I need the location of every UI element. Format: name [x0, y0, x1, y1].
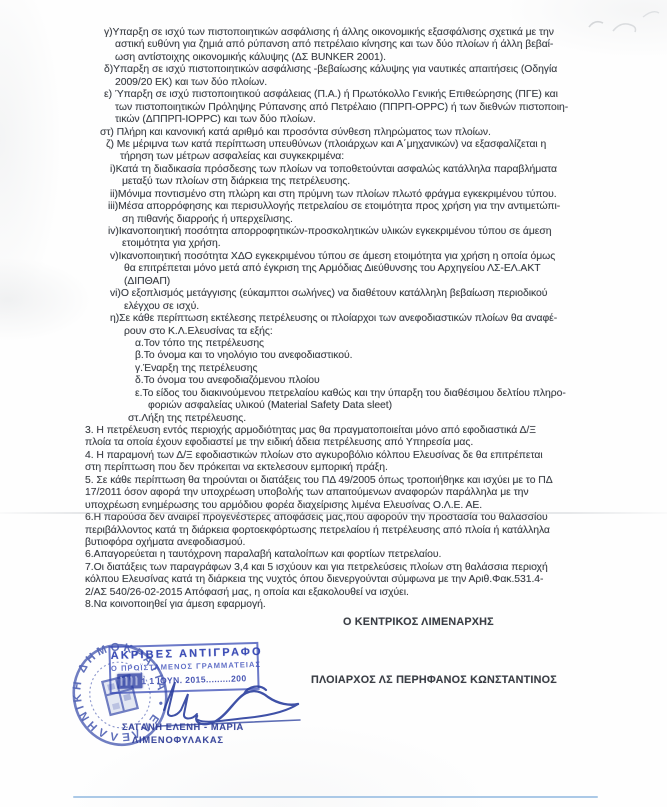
- document-line: 6.Απαγορεύεται η ταυτόχρονη παραλαβή κατ…: [85, 549, 620, 561]
- document-line: γ)Υπαρξη σε ισχύ των πιστοποιητικών ασφά…: [85, 27, 620, 39]
- document-line: α.Τον τόπο της πετρέλευσης: [85, 338, 620, 350]
- document-line: β.Το όνομα και το νηολόγιο του ανεφοδιασ…: [85, 350, 620, 362]
- document-line: 3. Η πετρέλευση εντός περιοχής αρμοδιότη…: [85, 425, 620, 437]
- document-line: ε) Ύπαρξη σε ισχύ πιστοποιητικού ασφάλει…: [85, 89, 620, 101]
- next-page-edge: [73, 796, 598, 798]
- document-line: των πιστοποιητικών Πρόληψης Ρύπανσης από…: [85, 102, 620, 114]
- document-line: δ)Υπαρξη σε ισχύ πιστοποιητικών ασφάλιση…: [85, 64, 620, 76]
- document-line: στη περίπτωση που δεν πρόκειται να εκτελ…: [85, 462, 620, 474]
- document-line: 6.Η παρούσα δεν αναιρεί προγενέστερες απ…: [85, 512, 620, 524]
- certifier-name: ΣΑΓΑΝΗ ΕΛΕΝΗ - ΜΑΡΙΑ: [122, 722, 244, 732]
- certifier-rank: ΛΙΜΕΝΟΦΥΛΑΚΑΣ: [132, 735, 224, 745]
- document-line: υποχρέωση ενημέρωσης του αρμόδιου φορέα …: [85, 500, 620, 512]
- document-line: ii)Μόνιμα ποντισμένο στη πλώρη και στη π…: [85, 189, 620, 201]
- document-line: 2/ΑΣ 540/26-02-2015 Απόφασή μας, η οποία…: [85, 587, 620, 599]
- document-line: τήρηση των μέτρων ασφαλείας και συγκεκρι…: [85, 151, 620, 163]
- document-line: iii)Μέσα απορρόφησης και περισυλλογής πε…: [85, 201, 620, 213]
- document-line: 8.Να κοινοποιηθεί για άμεση εφαρμογή.: [85, 599, 620, 611]
- document-line: vi)Ο εξοπλισμός μετάγγισης (εύκαμπτοι σω…: [85, 288, 620, 300]
- document-line: 7.Οι διατάξεις των παραγράφων 3,4 και 5 …: [85, 562, 620, 574]
- document-line: πλοία τα οποία έχουν εφοδιαστεί με την ε…: [85, 437, 620, 449]
- document-line: κόλπου Ελευσίνας κατά τη διάρκεια της νυ…: [85, 574, 620, 586]
- document-line: μεταξύ των πλοίων στη διάρκεια της πετρέ…: [85, 176, 620, 188]
- document-line: στ) Πλήρη και κανονική κατά αριθμό και π…: [85, 127, 620, 139]
- document-line: 4. Η παραμονή των Δ/Ξ εφοδιαστικών πλοίω…: [85, 450, 620, 462]
- signatory-name: ΠΛΟΙΑΡΧΟΣ ΛΣ ΠΕΡΗΦΑΝΟΣ ΚΩΝΣΤΑΝΤΙΝΟΣ: [311, 674, 557, 686]
- document-body: γ)Υπαρξη σε ισχύ των πιστοποιητικών ασφά…: [85, 27, 620, 612]
- document-line: περιβάλλοντος κατά τη διάρκεια φορτοεκφό…: [85, 525, 620, 537]
- document-line: στ.Λήξη της πετρέλευσης.: [85, 413, 620, 425]
- document-line: 5. Σε κάθε περίπτωση θα τηρούνται οι δια…: [85, 475, 620, 487]
- document-line: v)Ικανοποιητική ποσότητα ΧΔΟ εγκεκριμένο…: [85, 251, 620, 263]
- scan-crease: [0, 512, 667, 514]
- document-line: ε.Το είδος του διακινούμενου πετρελαίου …: [85, 388, 620, 400]
- document-line: iv)Ικανοποιητική ποσότητα απορροφητικών-…: [85, 226, 620, 238]
- document-line: θα επιτρέπεται μόνο μετά από έγκριση της…: [85, 263, 620, 275]
- document-line: (ΔΙΠΘΑΠ): [85, 276, 620, 288]
- document-line: ζ) Με μέριμνα των κατά περίπτωση υπευθύν…: [85, 139, 620, 151]
- scanned-document-page: { "document": { "lines": [ {"text": "γ)Υ…: [0, 0, 667, 807]
- document-line: ετοιμότητα για χρήση.: [85, 238, 620, 250]
- document-line: τικών (ΔΠΠΡΠ-IOPPC) και των δύο πλοίων.: [85, 114, 620, 126]
- document-line: 2009/20 ΕΚ) και των δύο πλοίων.: [85, 77, 620, 89]
- document-line: i)Κατά τη διαδικασία πρόσδεσης των πλοίω…: [85, 164, 620, 176]
- document-line: βυτιοφόρα οχήματα ανεφοδιασμού.: [85, 537, 620, 549]
- document-line: ση πιθανής διαρροής ή υπερχείλισης.: [85, 214, 620, 226]
- page-background: γ)Υπαρξη σε ισχύ των πιστοποιητικών ασφά…: [0, 0, 667, 807]
- document-line: ρουν στο Κ.Λ.Ελευσίνας τα εξής:: [85, 326, 620, 338]
- document-line: δ.Το όνομα του ανεφοδιαζόμενου πλοίου: [85, 375, 620, 387]
- signatory-title: Ο ΚΕΝΤΡΙΚΟΣ ΛΙΜΕΝΑΡΧΗΣ: [343, 616, 494, 628]
- document-line: ωση αντίστοιχης οικονομικής κάλυψης (ΔΣ …: [85, 52, 620, 64]
- document-line: γ.Έναρξη της πετρέλευσης: [85, 363, 620, 375]
- document-line: 17/2011 όσον αφορά την υποχρέωση υποβολή…: [85, 487, 620, 499]
- document-line: φοριών ασφαλείας υλικού (Material Safety…: [85, 400, 620, 412]
- document-line: ελέγχου σε ισχύ.: [85, 301, 620, 313]
- date-stamp-imprint: [117, 673, 142, 689]
- document-line: αστική ευθύνη για ζημιά από ρύπανση από …: [85, 39, 620, 51]
- document-line: η)Σε κάθε περίπτωση εκτέλεσης πετρέλευση…: [85, 313, 620, 325]
